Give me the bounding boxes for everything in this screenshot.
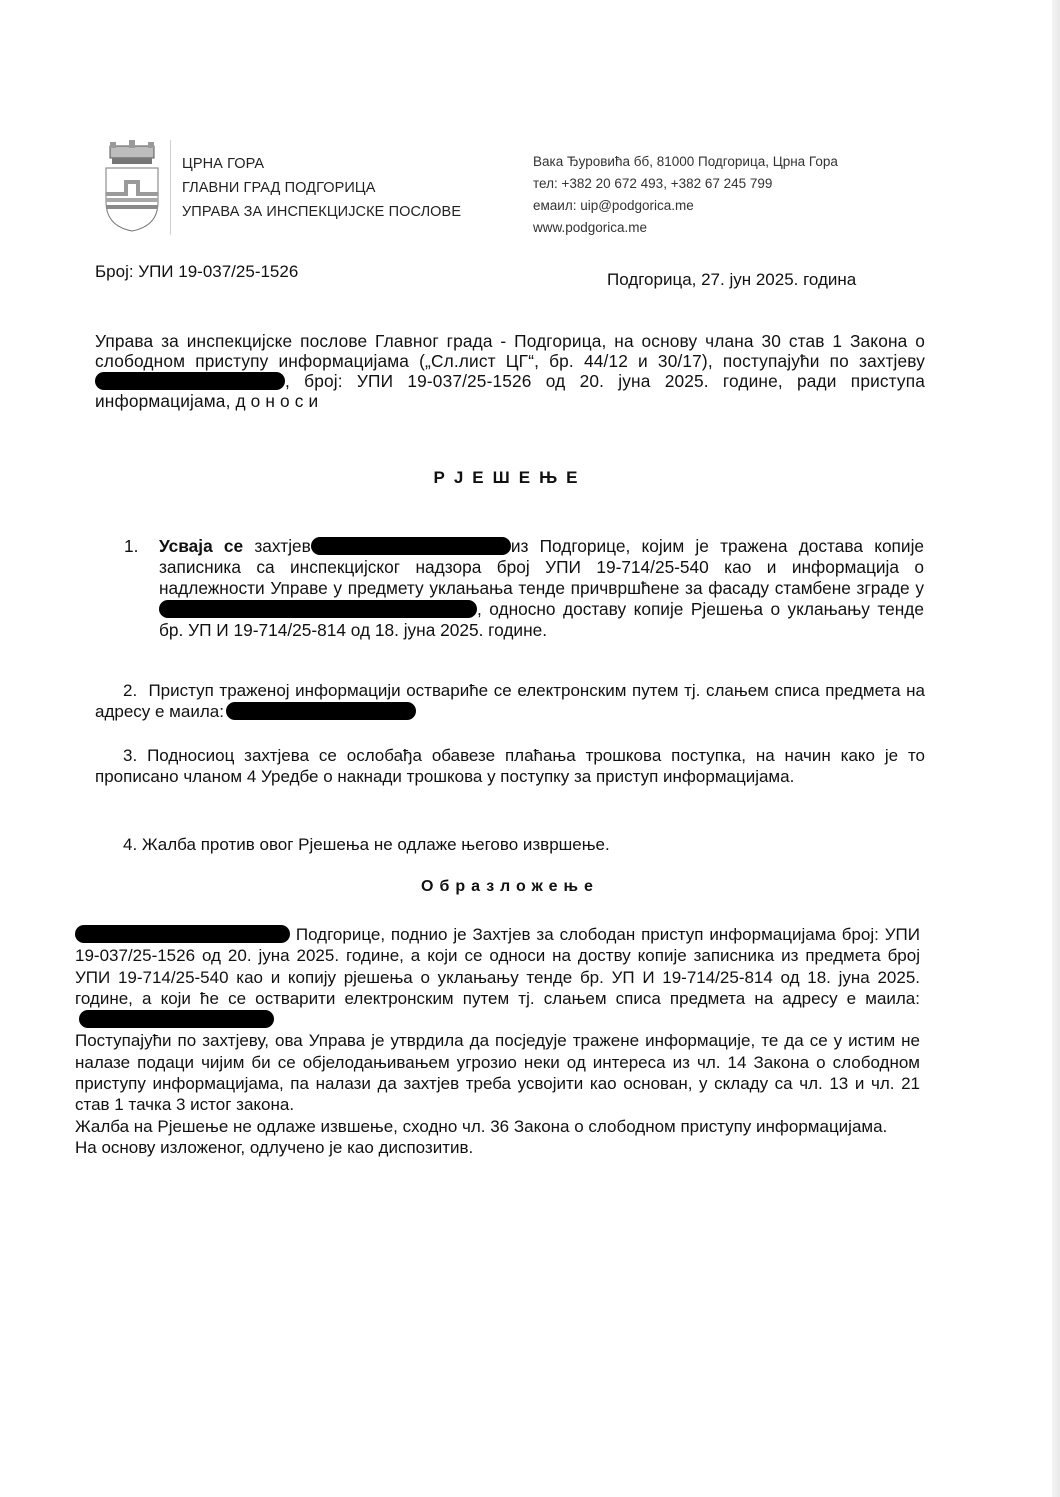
reasoning-section: Подгорице, поднио је Захтјев за слободан…	[75, 924, 920, 1158]
scan-page-edge	[1052, 0, 1060, 1497]
redaction-applicant-name	[95, 372, 285, 390]
decision-item-2: 2. Приступ траженој информацији остварић…	[95, 680, 925, 722]
intro-text-1: Управа за инспекцијске послове Главног г…	[95, 331, 925, 371]
item-number: 1.	[124, 536, 138, 557]
organization-name: ЦРНА ГОРА ГЛАВНИ ГРАД ПОДГОРИЦА УПРАВА З…	[182, 152, 461, 224]
item-text: захтјев	[243, 536, 311, 556]
reference-number: Број: УПИ 19-037/25-1526	[95, 262, 298, 282]
redaction-email	[226, 702, 416, 720]
item-text: Жалба против овог Рјешења не одлаже њего…	[142, 835, 610, 854]
decision-title: РЈЕШЕЊЕ	[0, 468, 1020, 488]
org-line-city: ГЛАВНИ ГРАД ПОДГОРИЦА	[182, 176, 461, 200]
contact-website: www.podgorica.me	[533, 217, 838, 239]
org-line-department: УПРАВА ЗА ИНСПЕКЦИЈСКЕ ПОСЛОВЕ	[182, 200, 461, 224]
redaction-applicant-name	[311, 537, 511, 555]
reasoning-paragraph-1: Подгорице, поднио је Захтјев за слободан…	[75, 924, 920, 1030]
redaction-address	[159, 600, 477, 618]
item-number: 4.	[123, 835, 137, 854]
item-bold-lead: Усваја се	[159, 536, 243, 556]
redaction-applicant-name	[75, 925, 290, 943]
contact-address: Вака Ђуровића бб, 81000 Подгорица, Црна …	[533, 151, 838, 173]
decision-item-1: 1. Усваја се захтјевиз Подгорице, којим …	[124, 536, 924, 641]
coat-of-arms-icon	[102, 140, 162, 232]
redaction-email	[79, 1010, 274, 1028]
item-number: 2.	[123, 681, 137, 700]
place-and-date: Подгорица, 27. јун 2025. година	[607, 270, 856, 290]
contact-info: Вака Ђуровића бб, 81000 Подгорица, Црна …	[533, 151, 838, 239]
decision-item-3: 3. Подносиоц захтјева се ослобађа обавез…	[95, 745, 925, 787]
contact-email: емаил: uip@podgorica.me	[533, 195, 838, 217]
decision-item-4: 4. Жалба против овог Рјешења не одлаже њ…	[95, 834, 925, 855]
item-number: 3.	[123, 746, 137, 765]
intro-paragraph: Управа за инспекцијске послове Главног г…	[95, 331, 925, 411]
item-text: Приступ траженој информацији оствариће с…	[95, 681, 925, 721]
contact-phone: тел: +382 20 672 493, +382 67 245 799	[533, 173, 838, 195]
org-line-country: ЦРНА ГОРА	[182, 152, 461, 176]
reasoning-paragraph-2: Поступајући по захтјеву, ова Управа је у…	[75, 1030, 920, 1115]
reasoning-paragraph-4: На основу изложеног, одлучено је као дис…	[75, 1137, 920, 1158]
reasoning-paragraph-3: Жалба на Рјешење не одлаже извшење, сход…	[75, 1116, 920, 1137]
item-text: Подносиоц захтјева се ослобађа обавезе п…	[95, 746, 925, 786]
reasoning-title: Образложење	[0, 878, 1020, 896]
header-divider	[170, 140, 171, 235]
